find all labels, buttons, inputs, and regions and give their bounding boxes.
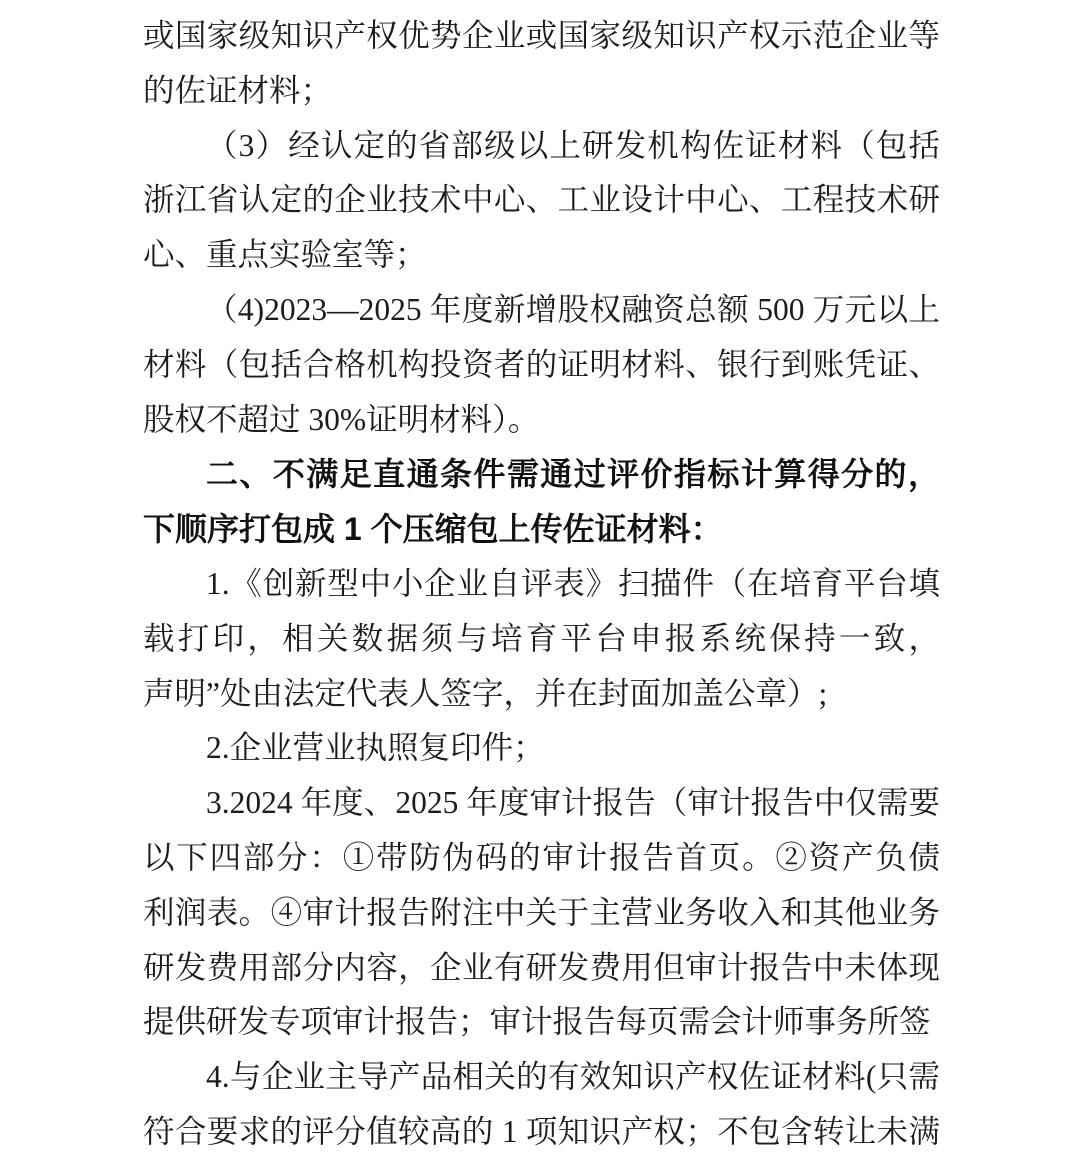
document-body: 或国家级知识产权优势企业或国家级知识产权示范企业等荣誉 的佐证材料； （3）经认…	[143, 9, 940, 1152]
text-line: 提供研发专项审计报告；审计报告每页需会计师事务所签章）;	[143, 995, 940, 1050]
section-heading-line: 二、不满足直通条件需通过评价指标计算得分的，请按以	[143, 447, 940, 502]
text-line: 或国家级知识产权优势企业或国家级知识产权示范企业等荣誉	[143, 9, 940, 64]
text-line: 心、重点实验室等；	[143, 228, 940, 283]
text-line: 浙江省认定的企业技术中心、工业设计中心、工程技术研究中	[143, 173, 940, 228]
text-line: 载打印，相关数据须与培育平台申报系统保持一致，在“真实性	[143, 612, 940, 667]
text-line: 的佐证材料；	[143, 64, 940, 119]
text-line: 4.与企业主导产品相关的有效知识产权佐证材料(只需提供	[143, 1050, 940, 1105]
text-line: 符合要求的评分值较高的 1 项知识产权；不包含转让未满 1 年	[143, 1105, 940, 1152]
text-line: （4)2023—2025 年度新增股权融资总额 500 万元以上佐证	[143, 283, 940, 338]
text-line: 3.2024 年度、2025 年度审计报告（审计报告中仅需要提供	[143, 776, 940, 831]
text-line: 2.企业营业执照复印件；	[143, 721, 940, 776]
text-line: 研发费用部分内容，企业有研发费用但审计报告中未体现的可	[143, 941, 940, 996]
text-line: 以下四部分：①带防伪码的审计报告首页。②资产负债表。③	[143, 831, 940, 886]
text-line: 股权不超过 30%证明材料）。	[143, 393, 940, 448]
text-line: （3）经认定的省部级以上研发机构佐证材料（包括国家、	[143, 119, 940, 174]
section-heading-line: 下顺序打包成 1 个压缩包上传佐证材料：	[143, 502, 940, 557]
text-line: 材料（包括合格机构投资者的证明材料、银行到账凭证、出让	[143, 338, 940, 393]
text-line: 利润表。④审计报告附注中关于主营业务收入和其他业务收入、	[143, 886, 940, 941]
document-page: 或国家级知识产权优势企业或国家级知识产权示范企业等荣誉 的佐证材料； （3）经认…	[0, 0, 1080, 1152]
text-line: 声明”处由法定代表人签字，并在封面加盖公章）;	[143, 667, 940, 722]
text-line: 1.《创新型中小企业自评表》扫描件（在培育平台填写后下	[143, 557, 940, 612]
